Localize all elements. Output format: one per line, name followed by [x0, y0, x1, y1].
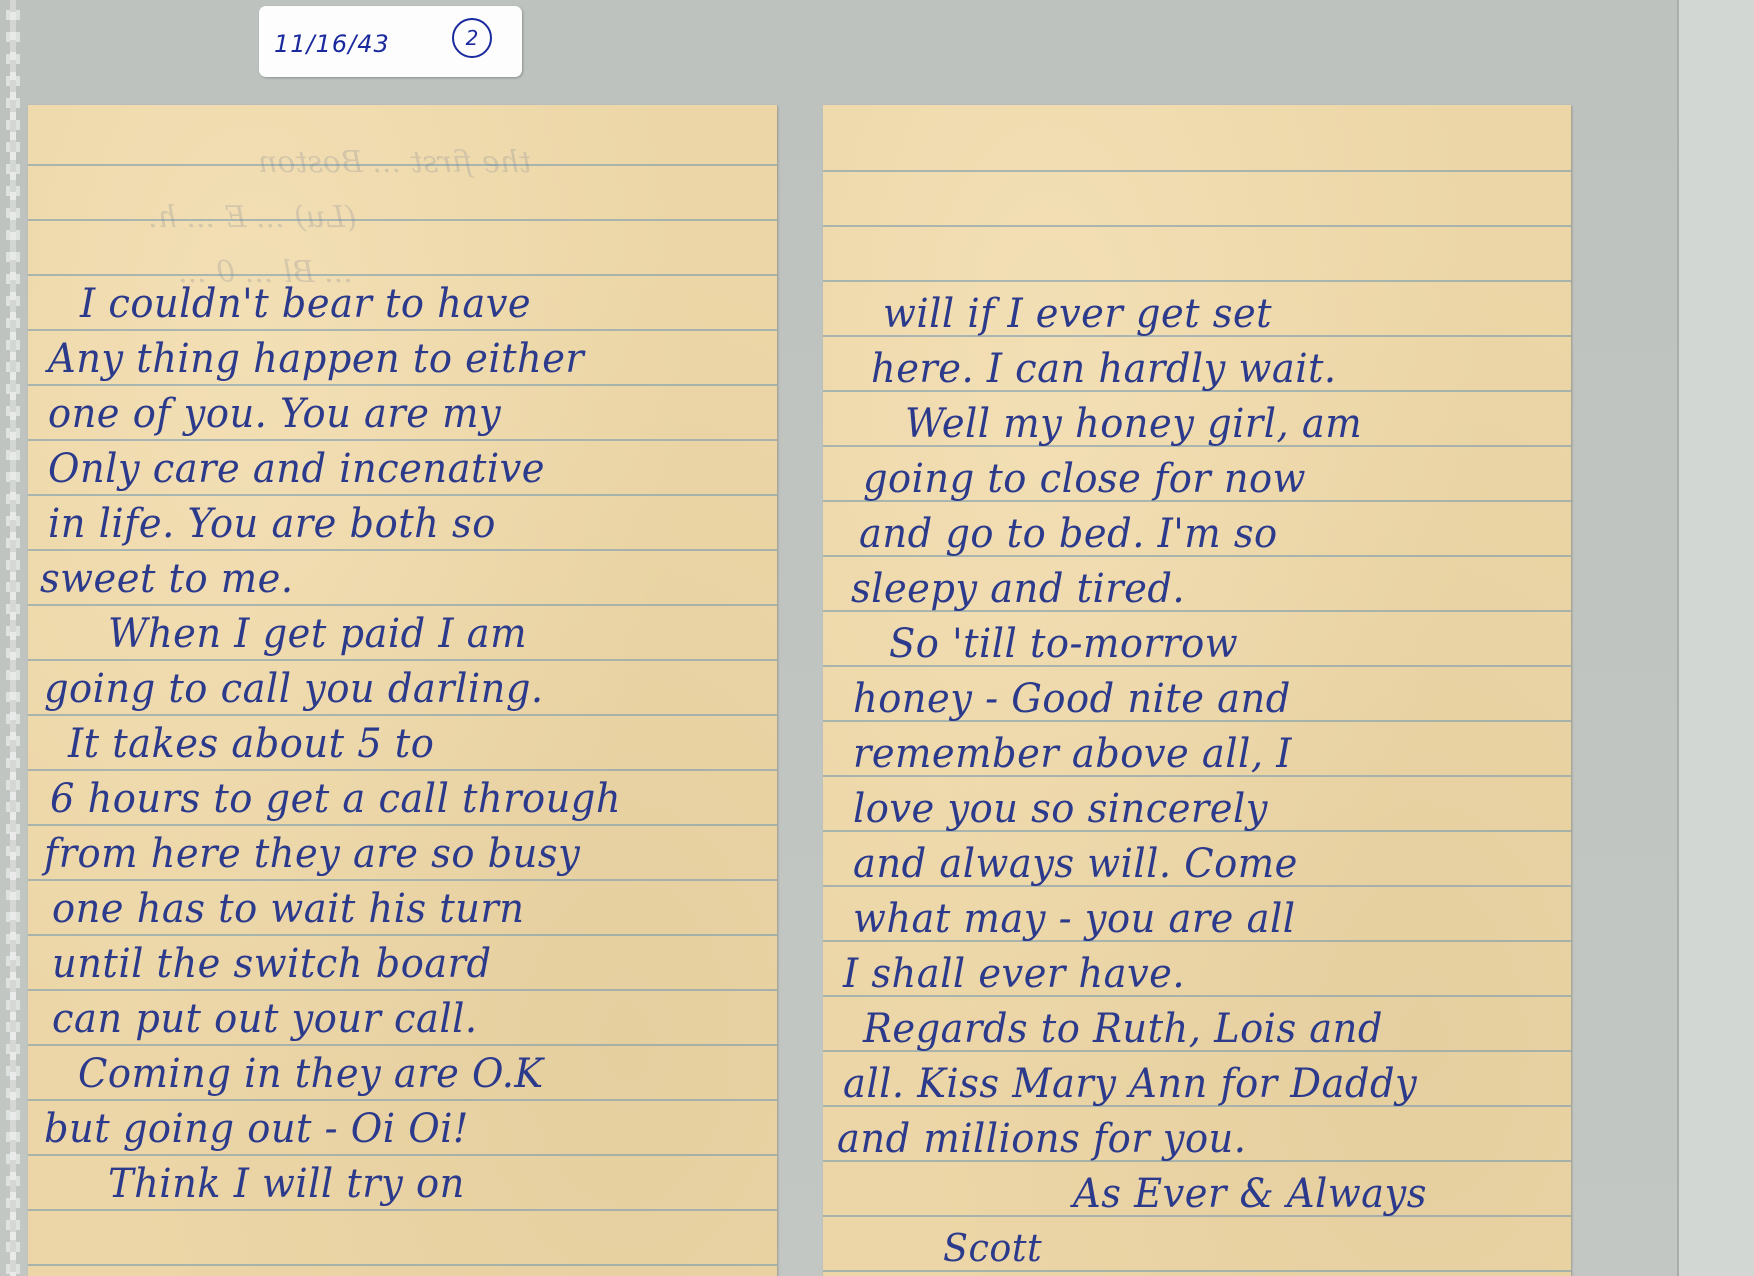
letter-line: It takes about 5 to	[68, 721, 434, 767]
letter-line: When I get paid I am	[108, 611, 527, 657]
letter-line: sweet to me.	[40, 556, 294, 602]
sleeve-perforation-strip	[6, 0, 20, 1276]
letter-line: Regards to Ruth, Lois and	[863, 1006, 1383, 1052]
letter-line: Any thing happen to either	[48, 336, 584, 382]
letter-line: So 'till to-morrow	[889, 621, 1238, 667]
letter-line: what may - you are all	[853, 896, 1295, 942]
letter-line: going to close for now	[863, 456, 1306, 502]
letter-line: from here they are so busy	[44, 831, 580, 877]
signature: Scott	[943, 1226, 1042, 1270]
circled-page-number: 2	[452, 18, 492, 58]
letter-line: Think I will try on	[108, 1161, 465, 1207]
letter-line: all. Kiss Mary Ann for Daddy	[843, 1061, 1417, 1107]
bleed-through-text: the first ... Boston	[258, 145, 531, 180]
bleed-through-text: (Lu) ... E ... h.	[148, 200, 357, 235]
letter-line: honey - Good nite and	[853, 676, 1291, 722]
scanner-background	[1679, 0, 1754, 1276]
letter-line: here. I can hardly wait.	[871, 346, 1337, 392]
letter-line: going to call you darling.	[44, 666, 544, 712]
letter-line: one of you. You are my	[48, 391, 501, 437]
letter-line: Only care and incenative	[48, 446, 545, 492]
letter-line: I shall ever have.	[843, 951, 1185, 997]
letter-page-left: the first ... Boston (Lu) ... E ... h. .…	[28, 105, 777, 1276]
letter-line: one has to wait his turn	[52, 886, 524, 932]
letter-line: will if I ever get set	[883, 291, 1272, 337]
letter-line: I couldn't bear to have	[80, 281, 531, 327]
letter-page-right: will if I ever get set here. I can hardl…	[823, 105, 1571, 1276]
letter-line: can put out your call.	[52, 996, 478, 1042]
archive-label: 11/16/43 2	[259, 6, 522, 77]
letter-line: Coming in they are O.K	[78, 1051, 544, 1097]
letter-line: Well my honey girl, am	[905, 401, 1362, 447]
letter-line: in life. You are both so	[48, 501, 496, 547]
closing-line: As Ever & Always	[1073, 1171, 1427, 1217]
label-date: 11/16/43	[274, 30, 390, 58]
letter-line: sleepy and tired.	[851, 566, 1185, 612]
letter-line: and go to bed. I'm so	[859, 511, 1278, 557]
letter-line: until the switch board	[52, 941, 492, 987]
letter-line: 6 hours to get a call through	[50, 776, 621, 822]
letter-line: but going out - Oi Oi!	[44, 1106, 469, 1152]
letter-line: love you so sincerely	[853, 786, 1268, 832]
letter-line: remember above all, I	[853, 731, 1292, 777]
letter-line: and millions for you.	[837, 1116, 1246, 1162]
letter-line: and always will. Come	[853, 841, 1298, 887]
